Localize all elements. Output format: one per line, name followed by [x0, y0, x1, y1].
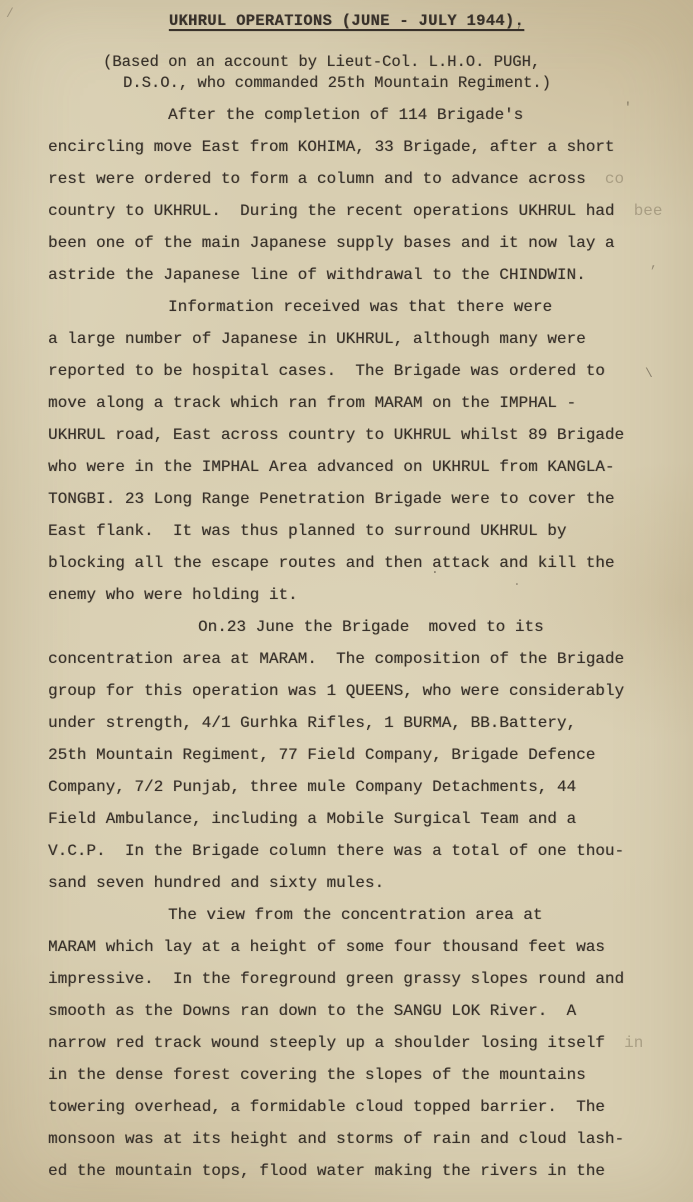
text-line: On.23 June the Brigade moved to its — [48, 611, 688, 643]
text-line: in the dense forest covering the slopes … — [48, 1059, 688, 1091]
text-line: under strength, 4/1 Gurhka Rifles, 1 BUR… — [48, 707, 688, 739]
line-text: TONGBI. 23 Long Range Penetration Brigad… — [48, 490, 615, 508]
ink-speck: , — [650, 256, 658, 271]
text-line: narrow red track wound steeply up a shou… — [48, 1027, 688, 1059]
line-text: (Based on an account by Lieut-Col. L.H.O… — [103, 53, 540, 71]
body-text: After the completion of 114 Brigade'senc… — [48, 99, 688, 1187]
text-line: encircling move East from KOHIMA, 33 Bri… — [48, 131, 688, 163]
document-title: UKHRUL OPERATIONS (JUNE - JULY 1944). — [0, 12, 693, 30]
document-page: UKHRUL OPERATIONS (JUNE - JULY 1944). (B… — [0, 0, 693, 1202]
line-text: V.C.P. In the Brigade column there was a… — [48, 842, 624, 860]
text-line: rest were ordered to form a column and t… — [48, 163, 688, 195]
line-text: ed the mountain tops, flood water making… — [48, 1162, 605, 1180]
text-line: Field Ambulance, including a Mobile Surg… — [48, 803, 688, 835]
line-text: been one of the main Japanese supply bas… — [48, 234, 615, 252]
line-text: astride the Japanese line of withdrawal … — [48, 266, 586, 284]
text-line: who were in the IMPHAL Area advanced on … — [48, 451, 688, 483]
line-text: narrow red track wound steeply up a shou… — [48, 1034, 605, 1052]
line-text: MARAM which lay at a height of some four… — [48, 938, 605, 956]
faint-ghost-text: co — [586, 170, 624, 188]
line-text: Company, 7/2 Punjab, three mule Company … — [48, 778, 576, 796]
byline-line: (Based on an account by Lieut-Col. L.H.O… — [103, 52, 551, 73]
line-text: country to UKHRUL. During the recent ope… — [48, 202, 615, 220]
line-text: sand seven hundred and sixty mules. — [48, 874, 384, 892]
line-text: rest were ordered to form a column and t… — [48, 170, 586, 188]
text-line: blocking all the escape routes and then … — [48, 547, 688, 579]
line-text: smooth as the Downs ran down to the SANG… — [48, 1002, 576, 1020]
line-text: reported to be hospital cases. The Briga… — [48, 362, 605, 380]
line-text: Information received was that there were — [168, 298, 552, 316]
text-line: been one of the main Japanese supply bas… — [48, 227, 688, 259]
line-text: East flank. It was thus planned to surro… — [48, 522, 566, 540]
byline: (Based on an account by Lieut-Col. L.H.O… — [103, 52, 551, 94]
line-text: a large number of Japanese in UKHRUL, al… — [48, 330, 586, 348]
text-line: Information received was that there were — [48, 291, 688, 323]
text-line: sand seven hundred and sixty mules. — [48, 867, 688, 899]
ink-speck: ' — [624, 100, 632, 115]
faint-ghost-text: in — [605, 1034, 643, 1052]
text-line: monsoon was at its height and storms of … — [48, 1123, 688, 1155]
text-line: UKHRUL road, East across country to UKHR… — [48, 419, 688, 451]
text-line: concentration area at MARAM. The composi… — [48, 643, 688, 675]
line-text: blocking all the escape routes and then … — [48, 554, 615, 572]
ink-speck: . — [130, 648, 138, 663]
line-text: On.23 June the Brigade moved to its — [198, 618, 544, 636]
text-line: reported to be hospital cases. The Briga… — [48, 355, 688, 387]
text-line: V.C.P. In the Brigade column there was a… — [48, 835, 688, 867]
byline-line: D.S.O., who commanded 25th Mountain Regi… — [103, 73, 551, 94]
text-line: MARAM which lay at a height of some four… — [48, 931, 688, 963]
text-line: The view from the concentration area at — [48, 899, 688, 931]
line-text: encircling move East from KOHIMA, 33 Bri… — [48, 138, 615, 156]
line-text: impressive. In the foreground green gras… — [48, 970, 624, 988]
text-line: towering overhead, a formidable cloud to… — [48, 1091, 688, 1123]
line-text: who were in the IMPHAL Area advanced on … — [48, 458, 615, 476]
ink-speck: \ — [645, 366, 653, 381]
text-line: astride the Japanese line of withdrawal … — [48, 259, 688, 291]
line-text: towering overhead, a formidable cloud to… — [48, 1098, 605, 1116]
line-text: The view from the concentration area at — [168, 906, 542, 924]
text-line: a large number of Japanese in UKHRUL, al… — [48, 323, 688, 355]
line-text: group for this operation was 1 QUEENS, w… — [48, 682, 624, 700]
text-line: smooth as the Downs ran down to the SANG… — [48, 995, 688, 1027]
ink-speck: / — [6, 6, 14, 21]
line-text: UKHRUL road, East across country to UKHR… — [48, 426, 624, 444]
text-line: country to UKHRUL. During the recent ope… — [48, 195, 688, 227]
text-line: East flank. It was thus planned to surro… — [48, 515, 688, 547]
text-line: move along a track which ran from MARAM … — [48, 387, 688, 419]
line-text: Field Ambulance, including a Mobile Surg… — [48, 810, 576, 828]
faint-ghost-text: bee — [615, 202, 663, 220]
line-text: move along a track which ran from MARAM … — [48, 394, 576, 412]
line-text: monsoon was at its height and storms of … — [48, 1130, 624, 1148]
text-line: TONGBI. 23 Long Range Penetration Brigad… — [48, 483, 688, 515]
line-text: After the completion of 114 Brigade's — [168, 106, 523, 124]
line-text: D.S.O., who commanded 25th Mountain Regi… — [123, 74, 551, 92]
ink-speck: . — [431, 562, 439, 577]
text-line: impressive. In the foreground green gras… — [48, 963, 688, 995]
text-line: ed the mountain tops, flood water making… — [48, 1155, 688, 1187]
text-line: 25th Mountain Regiment, 77 Field Company… — [48, 739, 688, 771]
line-text: enemy who were holding it. — [48, 586, 298, 604]
text-line: Company, 7/2 Punjab, three mule Company … — [48, 771, 688, 803]
text-line: group for this operation was 1 QUEENS, w… — [48, 675, 688, 707]
text-line: After the completion of 114 Brigade's — [48, 99, 688, 131]
ink-speck: . — [513, 574, 521, 589]
text-line: enemy who were holding it. — [48, 579, 688, 611]
line-text: 25th Mountain Regiment, 77 Field Company… — [48, 746, 595, 764]
line-text: under strength, 4/1 Gurhka Rifles, 1 BUR… — [48, 714, 576, 732]
line-text: in the dense forest covering the slopes … — [48, 1066, 586, 1084]
ink-speck: , — [516, 16, 524, 31]
